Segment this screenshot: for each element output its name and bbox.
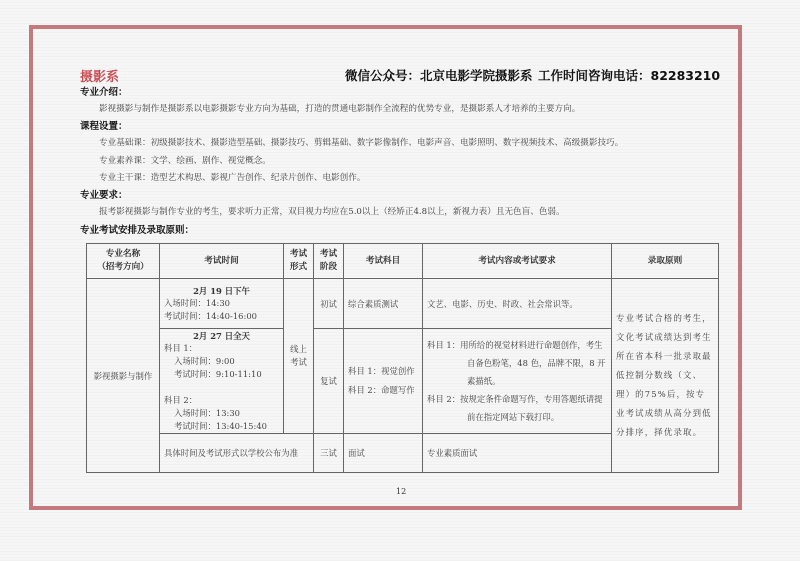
round3-content: 专业素质面试 (423, 434, 612, 473)
table-header-row: 专业名称（招考方向） 考试时间 考试形式 考试阶段 考试科目 考试内容或考试要求… (87, 244, 719, 279)
header-form: 考试形式 (284, 244, 314, 279)
table-row: 影视摄影与制作 2月 19 日下午 入场时间：14:30 考试时间：14:40-… (87, 279, 719, 329)
round2-stage: 复试 (314, 329, 344, 434)
major-cell: 影视摄影与制作 (87, 279, 160, 473)
header-major: 专业名称（招考方向） (87, 244, 160, 279)
round3-stage: 三试 (314, 434, 344, 473)
admission-principle: 专业考试合格的考生，文化考试成绩达到考生所在省本科一批录取最低控制分数线（文、理… (612, 279, 719, 473)
header-content: 考试内容或考试要求 (423, 244, 612, 279)
requirements-text: 报考影视摄影与制作专业的考生，要求听力正常，双目视力均应在5.0以上（经矫正4.… (99, 205, 565, 217)
exam-heading: 专业考试安排及录取原则： (80, 222, 194, 236)
round1-subject: 综合素质测试 (344, 279, 423, 329)
exam-form-cell: 线上考试 (284, 279, 314, 434)
round1-content: 文艺、电影、历史、时政、社会常识等。 (423, 279, 612, 329)
header-stage: 考试阶段 (314, 244, 344, 279)
round3-subject: 面试 (344, 434, 423, 473)
courses-heading: 课程设置： (80, 118, 128, 132)
intro-text: 影视摄影与制作是摄影系以电影摄影专业方向为基础，打造的贯通电影制作全流程的优势专… (99, 102, 580, 114)
page-header: 摄影系 微信公众号：北京电影学院摄影系 工作时间咨询电话：82283210 (80, 66, 740, 82)
exam-schedule-table: 专业名称（招考方向） 考试时间 考试形式 考试阶段 考试科目 考试内容或考试要求… (86, 243, 719, 473)
round1-time: 2月 19 日下午 入场时间：14:30 考试时间：14:40-16:00 (160, 279, 284, 329)
round2-subjects: 科目 1：视觉创作 科目 2：命题写作 (344, 329, 423, 434)
contact-phone: 工作时间咨询电话：82283210 (538, 66, 720, 84)
wechat-account: 微信公众号：北京电影学院摄影系 (345, 66, 533, 84)
department-title: 摄影系 (80, 66, 119, 85)
intro-heading: 专业介绍： (80, 84, 128, 98)
course-basic: 专业基础课：初级摄影技术、摄影造型基础、摄影技巧、剪辑基础、数字影像制作、电影声… (99, 136, 623, 148)
course-literacy: 专业素养课：文学、绘画、剧作、视觉概念。 (99, 154, 271, 166)
page-number: 12 (396, 487, 406, 496)
header-subject: 考试科目 (344, 244, 423, 279)
header-admission: 录取原则 (612, 244, 719, 279)
round2-content: 科目 1：用所给的视觉材料进行命题创作，考生自备色粉笔，48 色，品牌不限，8 … (423, 329, 612, 434)
header-time: 考试时间 (160, 244, 284, 279)
round3-time: 具体时间及考试形式以学校公布为准 (160, 434, 314, 473)
round2-time: 2月 27 日全天 科目 1： 入场时间：9:00 考试时间：9:10-11:1… (160, 329, 284, 434)
course-core: 专业主干课：造型艺术构思、影视广告创作、纪录片创作、电影创作。 (99, 171, 365, 183)
requirements-heading: 专业要求： (80, 187, 128, 201)
round1-stage: 初试 (314, 279, 344, 329)
